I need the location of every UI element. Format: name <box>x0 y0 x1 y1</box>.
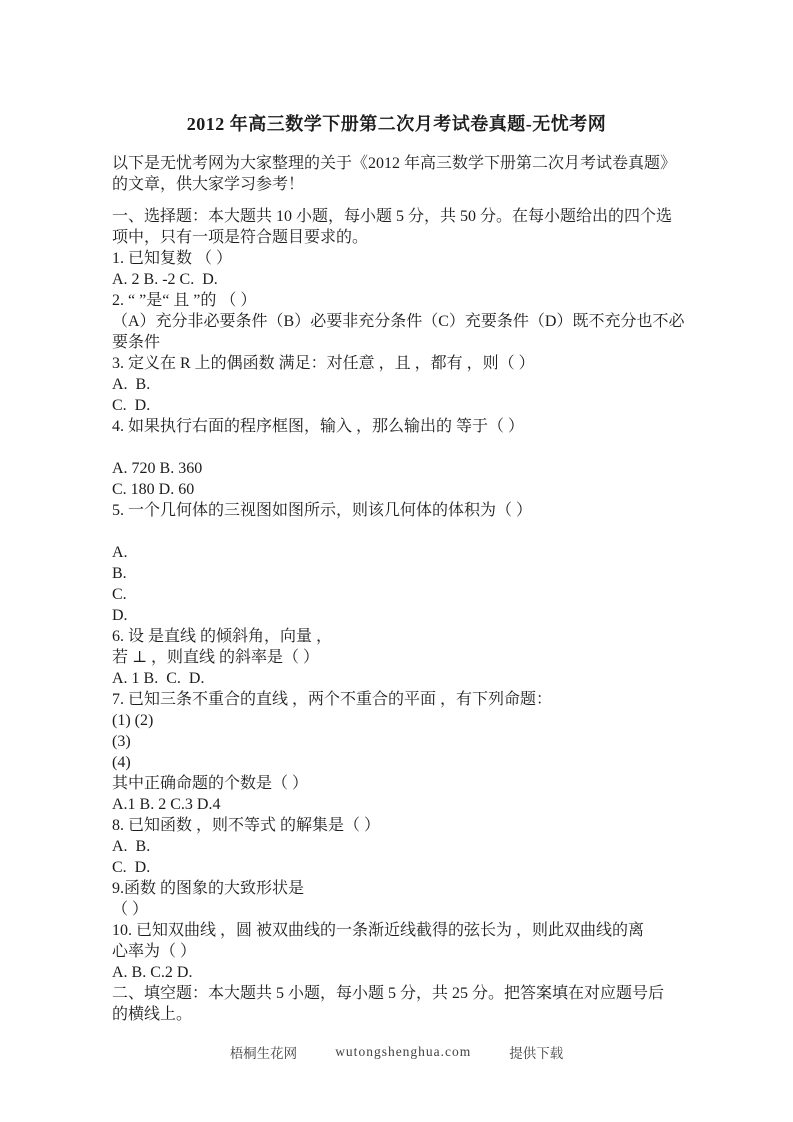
text-line: (4) <box>112 752 793 773</box>
doc-title: 2012 年高三数学下册第二次月考试卷真题-无忧考网 <box>0 0 793 136</box>
text-line: C. D. <box>112 395 793 416</box>
text-line: B. <box>112 563 793 584</box>
document-page: 2012 年高三数学下册第二次月考试卷真题-无忧考网 以下是无忧考网为大家整理的… <box>0 0 793 1122</box>
footer-site-url: wutongshenghua.com <box>335 1044 471 1060</box>
text-line: 10. 已知双曲线 ，圆 被双曲线的一条渐近线截得的弦长为 ，则此双曲线的离 <box>112 920 793 941</box>
text-line: 1. 已知复数 （ ） <box>112 248 793 269</box>
text-line: A. <box>112 542 793 563</box>
text-line: 项中，只有一项是符合题目要求的。 <box>112 227 793 248</box>
text-line: (1) (2) <box>112 710 793 731</box>
page-footer: 梧桐生花网 wutongshenghua.com 提供下载 <box>0 1042 793 1062</box>
text-line: A. B. C.2 D. <box>112 962 793 983</box>
intro-paragraph: 以下是无忧考网为大家整理的关于《2012 年高三数学下册第二次月考试卷真题》 的… <box>112 153 793 195</box>
text-line: 其中正确命题的个数是（ ） <box>112 773 793 794</box>
text-line: A. B. <box>112 374 793 395</box>
text-line: C. <box>112 584 793 605</box>
text-line: 4. 如果执行右面的程序框图，输入 ，那么输出的 等于（ ） <box>112 416 793 437</box>
text-line: 3. 定义在 R 上的偶函数 满足：对任意 ，且 ，都有 ，则（ ） <box>112 353 793 374</box>
text-line <box>112 521 793 542</box>
text-line: （ ） <box>112 899 793 920</box>
intro-line: 以下是无忧考网为大家整理的关于《2012 年高三数学下册第二次月考试卷真题》 <box>112 153 793 174</box>
text-line: 7. 已知三条不重合的直线 ，两个不重合的平面 ，有下列命题： <box>112 689 793 710</box>
paragraph-spacer <box>0 195 793 206</box>
text-line: C. D. <box>112 857 793 878</box>
intro-line: 的文章，供大家学习参考！ <box>112 174 793 195</box>
text-line <box>112 437 793 458</box>
footer-download-label: 提供下载 <box>509 1042 563 1062</box>
text-line: 心率为（ ） <box>112 941 793 962</box>
text-line: A. 2 B. -2 C. D. <box>112 269 793 290</box>
text-line: 5. 一个几何体的三视图如图所示，则该几何体的体积为（ ） <box>112 500 793 521</box>
text-line: 二、填空题：本大题共 5 小题，每小题 5 分，共 25 分。把答案填在对应题号… <box>112 983 793 1004</box>
text-line: 9.函数 的图象的大致形状是 <box>112 878 793 899</box>
text-line: (3) <box>112 731 793 752</box>
text-line: A. 1 B. C. D. <box>112 668 793 689</box>
text-line: 一、选择题：本大题共 10 小题，每小题 5 分，共 50 分。在每小题给出的四… <box>112 206 793 227</box>
text-line: 的横线上。 <box>112 1004 793 1025</box>
footer-site-name: 梧桐生花网 <box>230 1042 298 1062</box>
text-line: A. B. <box>112 836 793 857</box>
text-line: D. <box>112 605 793 626</box>
text-line: A. 720 B. 360 <box>112 458 793 479</box>
exam-body: 一、选择题：本大题共 10 小题，每小题 5 分，共 50 分。在每小题给出的四… <box>112 206 793 1025</box>
text-line: （A）充分非必要条件（B）必要非充分条件（C）充要条件（D）既不充分也不必 <box>112 311 793 332</box>
text-line: A.1 B. 2 C.3 D.4 <box>112 794 793 815</box>
text-line: C. 180 D. 60 <box>112 479 793 500</box>
text-line: 要条件 <box>112 332 793 353</box>
text-line: 8. 已知函数 ，则不等式 的解集是（ ） <box>112 815 793 836</box>
text-line: 若 ⊥ ，则直线 的斜率是（ ） <box>112 647 793 668</box>
text-line: 2. “ ”是“ 且 ”的 （ ） <box>112 290 793 311</box>
text-line: 6. 设 是直线 的倾斜角，向量 ， <box>112 626 793 647</box>
